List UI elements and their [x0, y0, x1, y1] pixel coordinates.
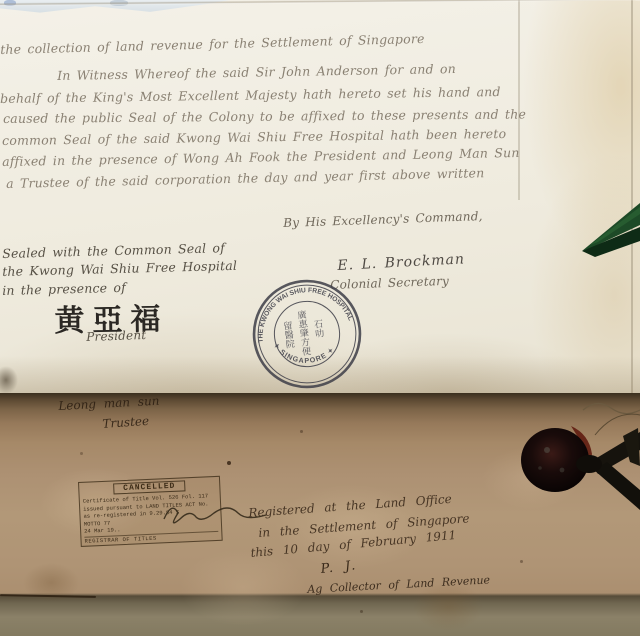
foxing-speck — [80, 452, 83, 455]
foxing-speck — [520, 560, 523, 563]
seal-chinese-column: 廣惠肇方便 — [294, 309, 311, 357]
seal-chinese-column: 留醫院 — [280, 320, 295, 351]
document-photo: the collection of land revenue for the S… — [0, 0, 640, 636]
edge-stain — [0, 366, 18, 394]
ribbon-thread — [583, 403, 640, 413]
hospital-seal-stamp: THE KWONG WAI SHIU FREE HOSPITAL ✦ SINGA… — [245, 272, 370, 397]
wax-neck — [576, 455, 602, 473]
wax-glint — [538, 466, 542, 470]
fold-crease-vertical — [518, 0, 520, 200]
green-ribbon-icon — [565, 195, 640, 270]
seal-chinese-column: 石叻 — [311, 319, 325, 339]
foxing-speck — [360, 610, 363, 613]
foxing-speck — [300, 430, 303, 433]
wax-glint — [560, 468, 565, 473]
cancelled-label: CANCELLED — [113, 480, 185, 494]
wax-seal — [495, 390, 640, 535]
foxing-speck — [227, 461, 231, 465]
wax-glint — [544, 447, 550, 453]
president-title: President — [86, 328, 146, 344]
ribbon-tail-lower — [594, 462, 640, 510]
